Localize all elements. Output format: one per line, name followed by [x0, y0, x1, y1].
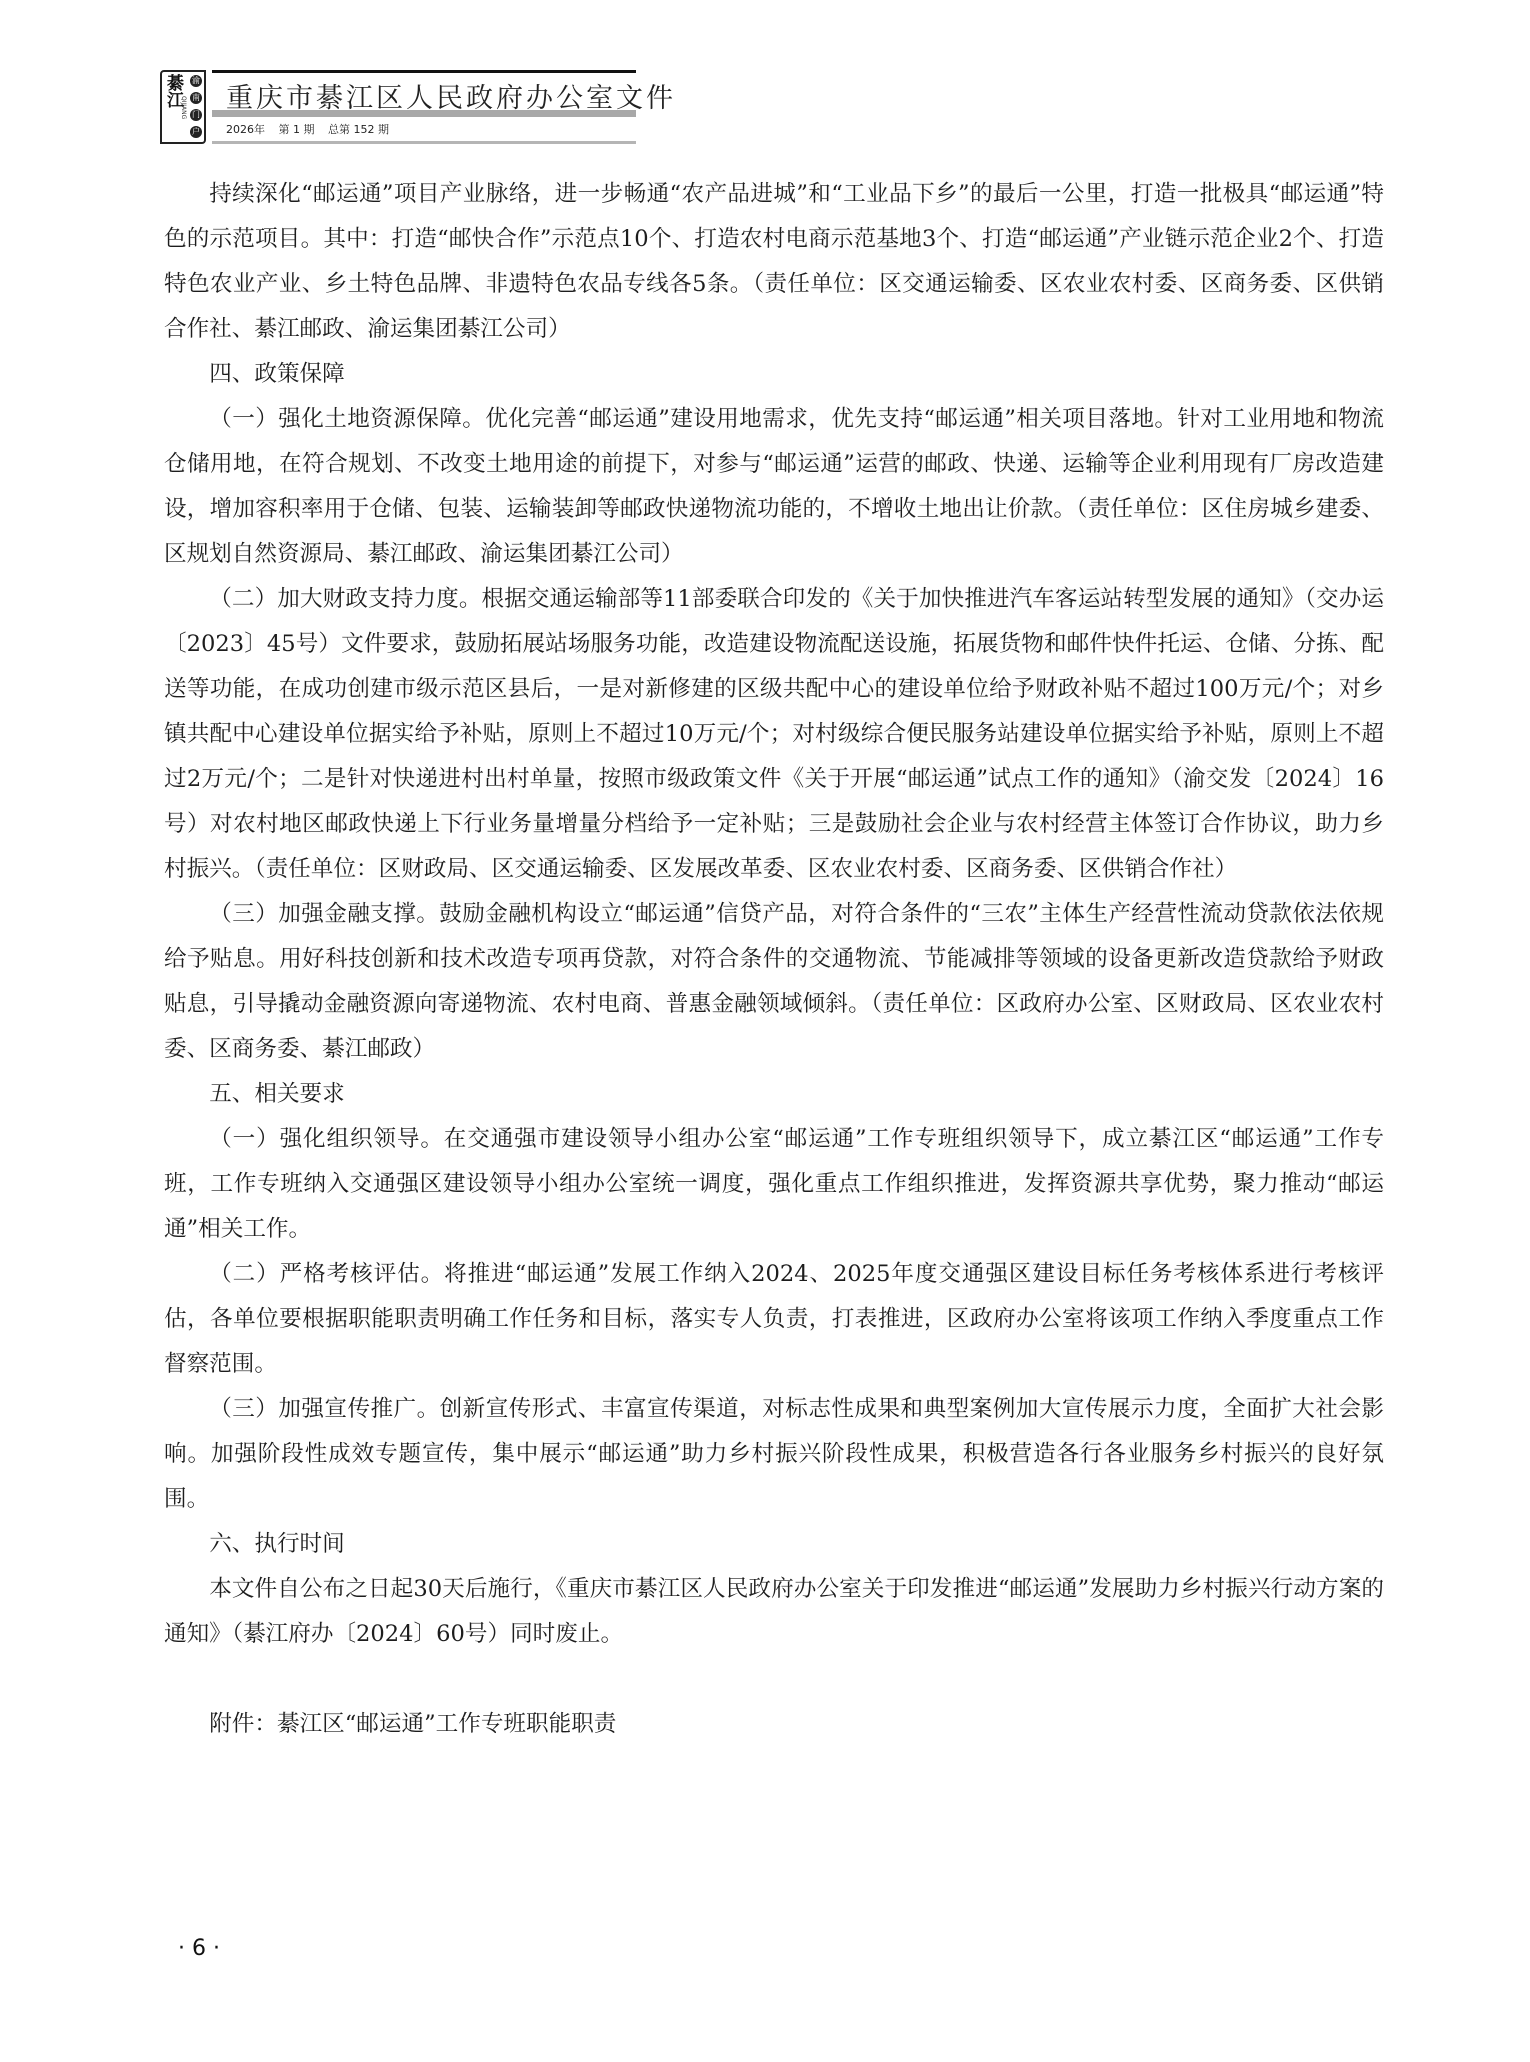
logo-circle-group: 渝 南 门 户 — [190, 75, 202, 143]
body-paragraph: （二）严格考核评估。将推进“邮运通”发展工作纳入2024、2025年度交通强区建… — [164, 1252, 1384, 1387]
section-heading: 五、相关要求 — [164, 1072, 1384, 1117]
page-number: · 6 · — [178, 1936, 220, 1961]
header-gray-band — [212, 110, 636, 117]
body-paragraph: （二）加大财政支持力度。根据交通运输部等11部委联合印发的《关于加快推进汽车客运… — [164, 577, 1384, 892]
logo-circle-icon: 门 — [190, 109, 202, 121]
spacer — [164, 1657, 1384, 1702]
issue-number: 第 1 期 — [279, 123, 315, 136]
logo-circle-icon: 南 — [190, 92, 202, 104]
logo-circle-icon: 渝 — [190, 75, 202, 87]
qijiang-logo: 綦江 QIJIANG 渝 南 门 户 — [160, 70, 206, 144]
section-heading: 六、执行时间 — [164, 1522, 1384, 1567]
attachment-note: 附件：綦江区“邮运通”工作专班职能职责 — [164, 1702, 1384, 1747]
body-paragraph: （一）强化组织领导。在交通强市建设领导小组办公室“邮运通”工作专班组织领导下，成… — [164, 1117, 1384, 1252]
document-body: 持续深化“邮运通”项目产业脉络，进一步畅通“农产品进城”和“工业品下乡”的最后一… — [164, 172, 1384, 1747]
header-bottom-rule — [212, 141, 636, 144]
issue-info: 2026年 第 1 期 总第 152 期 — [226, 121, 399, 137]
logo-sub-text: QIJIANG — [180, 96, 187, 119]
body-paragraph: （一）强化土地资源保障。优化完善“邮运通”建设用地需求，优先支持“邮运通”相关项… — [164, 397, 1384, 577]
issue-year: 2026年 — [226, 123, 265, 136]
header-top-rule — [212, 70, 636, 73]
document-header: 綦江 QIJIANG 渝 南 门 户 重庆市綦江区人民政府办公室文件 2026年… — [0, 0, 1530, 160]
logo-circle-icon: 户 — [190, 126, 202, 138]
body-paragraph: （三）加强宣传推广。创新宣传形式、丰富宣传渠道，对标志性成果和典型案例加大宣传展… — [164, 1387, 1384, 1522]
body-paragraph: 本文件自公布之日起30天后施行，《重庆市綦江区人民政府办公室关于印发推进“邮运通… — [164, 1567, 1384, 1657]
issue-total: 总第 152 期 — [328, 123, 389, 136]
body-paragraph: 持续深化“邮运通”项目产业脉络，进一步畅通“农产品进城”和“工业品下乡”的最后一… — [164, 172, 1384, 352]
section-heading: 四、政策保障 — [164, 352, 1384, 397]
body-paragraph: （三）加强金融支撑。鼓励金融机构设立“邮运通”信贷产品，对符合条件的“三农”主体… — [164, 892, 1384, 1072]
